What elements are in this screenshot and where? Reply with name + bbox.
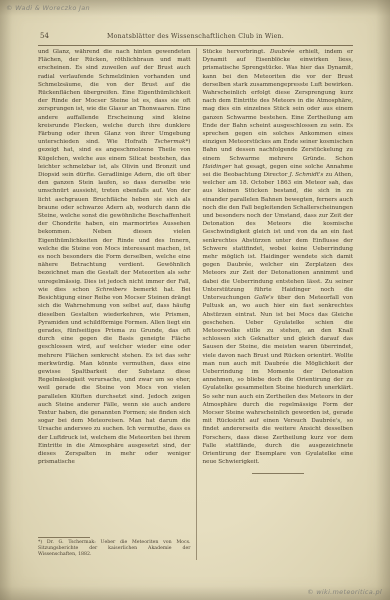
left-column-text: und Glanz, während die nach hinten gewen… <box>38 48 191 466</box>
journal-title: Monatsblätter des Wissenschaftlichen Clu… <box>38 33 353 40</box>
right-column: Stücke hervorbringt. Daubrée erhielt, in… <box>196 48 354 560</box>
header-rule <box>38 45 353 46</box>
left-column: und Glanz, während die nach hinten gewen… <box>38 48 196 560</box>
watermark-copyright-bottom: © wiki.meteoritica.pl <box>307 588 382 596</box>
footnote-rule <box>38 537 90 538</box>
footnote-text: *) Dr. G. Tschermak: Ueber die Meteorite… <box>38 540 191 558</box>
footnote-block: *) Dr. G. Tschermak: Ueber die Meteorite… <box>38 534 191 560</box>
watermark-copyright-top: © Wadi & Woreczko Jan <box>6 4 90 12</box>
right-column-text: Stücke hervorbringt. Daubrée erhielt, in… <box>203 48 354 466</box>
scanned-page: © Wadi & Woreczko Jan 54 Monatsblätter d… <box>0 0 390 600</box>
page-body: 54 Monatsblätter des Wissenschaftlichen … <box>38 31 353 560</box>
page-header: 54 Monatsblätter des Wissenschaftlichen … <box>38 31 353 43</box>
text-columns: und Glanz, während die nach hinten gewen… <box>38 48 353 560</box>
article-end-rule <box>252 473 304 474</box>
